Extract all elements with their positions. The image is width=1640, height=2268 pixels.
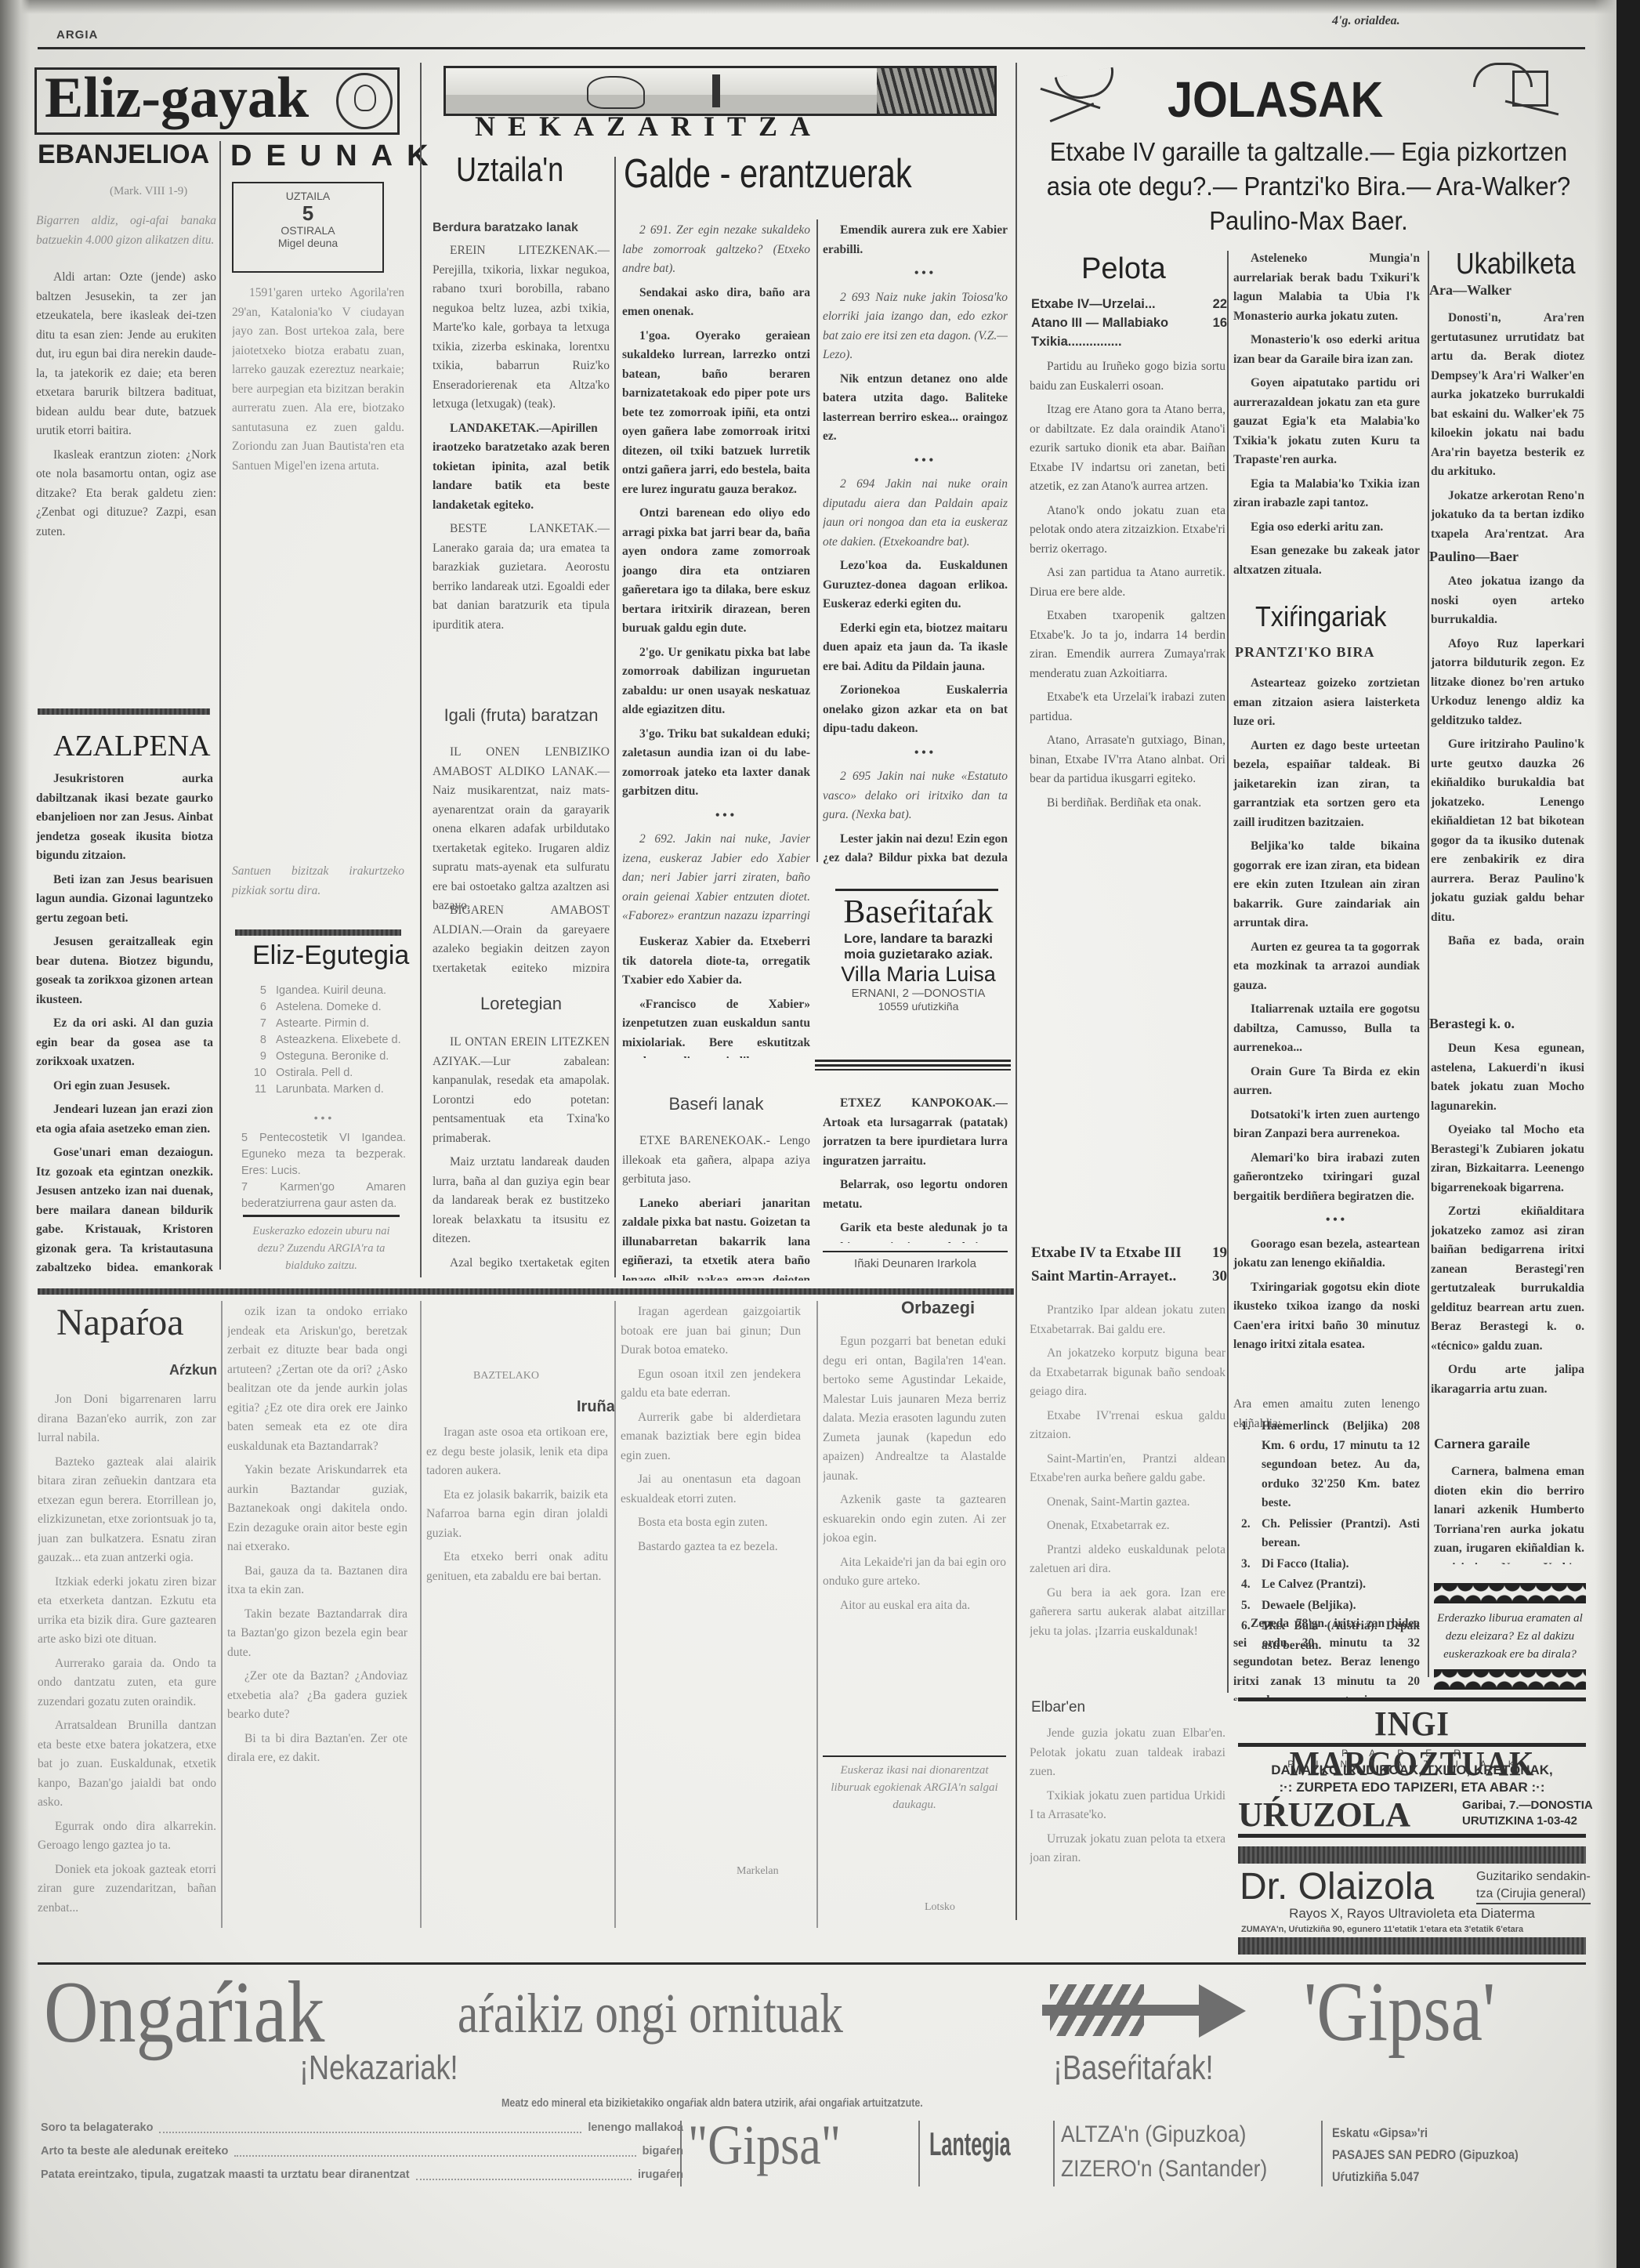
olaizola-name: Dr. Olaizola <box>1240 1865 1434 1908</box>
qa-column-1b: Euskeraz Xabier da. Etxeberri tik datore… <box>622 933 810 1058</box>
boxing-paragraph: Oyeiako tal Mocho eta Berastegi'k Zubiar… <box>1431 1121 1584 1197</box>
azalpena-text: Jesukristoren aurka dabiltzanak ikasi be… <box>36 770 213 1271</box>
ingi-line: DAMAZKO IRUDIKOAK, TXINO, KRETONAK, <box>1238 1762 1586 1779</box>
result-text: Ch. Pelissier (Prantzi). Asti berean. <box>1262 1515 1420 1553</box>
naparoa-paragraph: Bosta eta bosta egin zuten. <box>621 1513 801 1533</box>
naparoa-paragraph: Itzkiak ederki jokatu ziren bizar eta et… <box>38 1573 216 1650</box>
cycling-paragraph: Orain Gure Ta Birda ez ekin aurren. <box>1233 1063 1420 1101</box>
factory-location: ALTZA'n (Gipuzkoa) <box>1061 2118 1267 2152</box>
fertilizer-uses: Soro ta belagaterakolenengo mallakoaArto… <box>41 2116 683 2186</box>
column-divider <box>420 63 422 1277</box>
score-value: 30 <box>1212 1265 1227 1288</box>
pelota-scores: Etxabe IV—Urzelai...22Atano III — Mallab… <box>1031 295 1227 351</box>
pelota-paragraph: Gu bera ia aek gora. Izan ere gañerera s… <box>1030 1584 1225 1642</box>
section-divider <box>235 929 401 936</box>
divider-rule <box>815 1064 1011 1067</box>
masthead-rule <box>38 47 1585 49</box>
cycling-paragraph: Astearteaz goizeko zortzietan eman zitza… <box>1233 674 1420 732</box>
use-grade: lenengo mallakoa <box>588 2116 683 2139</box>
score-value: 22 <box>1213 295 1227 313</box>
ingi-products: DAMAZKO IRUDIKOAK, TXINO, KRETONAK, :·: … <box>1238 1762 1586 1796</box>
calendar-day-number: 8 <box>244 1032 266 1049</box>
azalpena-paragraph: Ori egin zuan Jesusek. <box>36 1077 213 1096</box>
fertilizer-use-row: Arto ta beste ale aledunak ereitekobigaŕ… <box>41 2139 683 2163</box>
saint-name: Migel deuna <box>234 237 382 249</box>
ad-business-name: Villa Maria Luisa <box>832 962 1005 987</box>
orbazegi-paragraph: Azkenik gaste ta gaztearen eskuarekin on… <box>823 1491 1006 1549</box>
qa-answer: 1'goa. Oyerako geraiean sukaldeko lurrea… <box>622 327 810 500</box>
qa-answer: Lester jakin nai dezu! Ezin egon ¿ez dal… <box>823 830 1008 872</box>
elbarren-text: Jende guzia jokatu zuan Elbar'en. Pelota… <box>1030 1724 1225 1920</box>
scan-shadow-right <box>1595 0 1616 2268</box>
eliz-gayak-banner: Eliz-gayak <box>34 67 400 135</box>
naparoa-paragraph: Egun osoan itxil zen jendekera galdu eta… <box>621 1365 801 1404</box>
azalpena-paragraph: Gose'unari eman dezaiogun. Itz gozoak et… <box>36 1143 213 1271</box>
deunak-heading: DEUNAK <box>230 139 443 173</box>
pelota-paragraph: Onenak, Saint-Martin gaztea. <box>1030 1493 1225 1513</box>
qa-answer: «Francisco de Xabier» izenpetutzen zuan … <box>622 995 810 1059</box>
calendar-day: 11Larunbata. Marken d. <box>244 1081 417 1098</box>
ad-rule <box>1238 1743 1586 1747</box>
ad-line: moia guzietarako aziak. <box>832 947 1005 962</box>
olaizola-specialty: Guzitariko sendakin- tza (Cirujia genera… <box>1476 1868 1591 1904</box>
qa-answer: Euskeraz Xabier da. Etxeberri tik datore… <box>622 933 810 991</box>
naparoa-paragraph: Bazteko gazteak alai alairik bitara zira… <box>38 1453 216 1568</box>
ad-rule <box>835 889 998 891</box>
orbazegi-paragraph: Aita Lekaide'ri jan da bai egin oro ondu… <box>823 1553 1006 1592</box>
section-divider <box>38 1288 1014 1295</box>
bigaren-paragraph: BIGAREN AMABOST ALDIAN.—Orain da gareyae… <box>433 901 610 972</box>
order-line: Uŕutizkiña 5.047 <box>1332 2166 1519 2188</box>
scan-edge-left <box>0 0 30 2268</box>
ad-divider <box>680 2121 682 2186</box>
calendar-day: 9Osteguna. Beronike d. <box>244 1049 417 1065</box>
qa-question: 2 695 Jakin nai nuke «Estatuto vasco» de… <box>823 767 1008 825</box>
gospel-reference: (Mark. VIII 1-9) <box>110 185 187 198</box>
ad-line: Lore, landare ta barazki <box>832 931 1005 947</box>
calendar-day-text: Astelena. Domeke d. <box>276 1001 382 1013</box>
orbazegi-text: Egun pozgarri bat benetan eduki degu eri… <box>823 1332 1006 1740</box>
calendar-day-text: Igandea. Kuiril deuna. <box>276 984 386 997</box>
qa-answer: Sendakai asko dira, baño ara emen onenak… <box>622 284 810 322</box>
azalpena-heading: AZALPENA <box>53 729 211 763</box>
loretegian-text: IL ONTAN EREIN LITEZKEN AZIYAK.—Lur zaba… <box>433 1033 610 1276</box>
naparoa-paragraph: Yakin bezate Ariskundarrek eta aurkin Ba… <box>227 1461 407 1557</box>
result-rank: 4. <box>1241 1575 1262 1595</box>
pelota-paragraph: Saint-Martin'en, Prantzi aldean Etxabe'r… <box>1030 1450 1225 1488</box>
ara-walker-heading: Ara—Walker <box>1429 282 1511 299</box>
naparoa-paragraph: Jon Doni bigarrenaren larru dirana Bazan… <box>38 1390 216 1448</box>
calendar-separator: • • • <box>244 1111 401 1124</box>
use-label: Arto ta beste ale aledunak ereiteko <box>41 2139 228 2163</box>
calendar-day-text: Osteguna. Beronike d. <box>276 1050 389 1063</box>
church-calendar: 5Igandea. Kuiril deuna.6Astelena. Domeke… <box>244 983 417 1098</box>
cycling-paragraph: Beljika'ko talde bikaina gogorrak ere iz… <box>1233 837 1420 933</box>
wavy-border-icon <box>1434 1669 1586 1690</box>
results-closing-text: Zepeda 78'gn. iritxi zan bidea sei ordu … <box>1233 1614 1420 1701</box>
pelota-paragraph: Onenak, Etxabetarrak ez. <box>1030 1516 1225 1536</box>
pelota-paragraph: Asi zan partidua ta Atano aurretik. Diru… <box>1030 563 1225 602</box>
divider-rule <box>815 1069 1011 1071</box>
qa-answer: Ederki egin eta, biotzez maitaru duen ap… <box>823 619 1008 677</box>
naparoa-col1: Jon Doni bigarrenaren larru dirana Bazan… <box>38 1390 216 1931</box>
cycling-paragraph: Alemari'ko bira irabazi zuten gañerontze… <box>1233 1149 1420 1207</box>
calendar-day-number: 5 <box>244 983 266 999</box>
printer-credit: Iñaki Deunaren Irarkola <box>823 1257 1008 1270</box>
boxing-paragraph: Deun Kesa egunean, astelena, Lakuerdi'n … <box>1431 1039 1584 1116</box>
carnera-text: Carnera, balmena eman dioten ekin dio be… <box>1434 1462 1584 1564</box>
result-row: 5.Dewaele (Beljika). <box>1241 1596 1420 1616</box>
boxing-paragraph: Baña ez bada, orain ikusteko ta Paulino'… <box>1431 932 1584 948</box>
bigaren-text: BIGAREN AMABOST ALDIAN.—Orain da gareyae… <box>433 901 610 972</box>
column-divider <box>1227 251 1229 1693</box>
saint-paragraph: 1591'garen urteko Agorila'ren 29'an, Kat… <box>232 284 404 476</box>
jolasak-subtitle: Etxabe IV garaille ta galtzalle.— Egia p… <box>1044 135 1574 238</box>
qa-answer: 2'go. Ur genikatu pixka bat labe zomorro… <box>622 643 810 720</box>
boxing-paragraph: Ateo jokatua izango da noski oyen arteko… <box>1431 572 1584 630</box>
gospel-paragraph: Aldi artan: Ozte (jende) asko baltzen Je… <box>36 268 216 441</box>
cycling-paragraph: Txiringariak gogotsu ekin diote ikusteko… <box>1233 1278 1420 1355</box>
naparoa-paragraph: Bi ta bi dira Baztan'en. Zer ote dirala … <box>227 1730 407 1768</box>
order-line: Eskatu «Gipsa»'ri <box>1332 2122 1519 2144</box>
ad-divider <box>918 2121 920 2186</box>
calendar-day-number: 6 <box>244 999 266 1016</box>
score-teams: Etxabe IV ta Etxabe III <box>1031 1241 1182 1265</box>
qa-column-2: Emendik aurera zuk ere Xabier erabilli. … <box>823 221 1008 871</box>
saint-biography: 1591'garen urteko Agorila'ren 29'an, Kat… <box>232 284 404 848</box>
score-value: 19 <box>1212 1241 1227 1265</box>
ongariak-headline: Ongaŕiak <box>44 1962 324 2063</box>
loretegian-paragraph: Azal begiko txertaketak egiten jarraitu … <box>433 1254 610 1277</box>
calendar-day-number: 11 <box>244 1081 266 1098</box>
gipsa-tagline: Meatz edo mineral eta bizikietakiko onga… <box>501 2097 923 2110</box>
ad-rule <box>823 1755 1006 1757</box>
baseri-paragraph: Laneko aberiari janaritan zaldale pixka … <box>622 1194 810 1281</box>
pelota-paragraph: Asteleneko Mungia'n aurrelariak berak ba… <box>1233 249 1420 326</box>
divider-rule <box>815 1060 1011 1062</box>
berastegi-text: Deun Kesa egunean, astelena, Lakuerdi'n … <box>1431 1039 1584 1408</box>
result-text: Le Calvez (Prantzi). <box>1262 1575 1366 1595</box>
column-divider <box>420 1301 422 1928</box>
calendar-day-text: Ostirala. Pell d. <box>276 1067 353 1079</box>
iruna-paragraph: Iragan aste osoa eta ortikoan ere, ez de… <box>426 1423 608 1481</box>
ad-divider <box>1053 2121 1055 2186</box>
igali-heading: Igali (fruta) baratzan <box>433 705 610 726</box>
results-closing: Zepeda 78'gn. iritxi zan bidea sei ordu … <box>1233 1614 1420 1701</box>
loretegian-heading: Loretegian <box>433 994 610 1014</box>
use-label: Soro ta belagaterako <box>41 2116 153 2139</box>
score-row: Atano III — Mallabiako Txikia...........… <box>1031 313 1227 351</box>
pelota-paragraph: Bi berdiñak. Berdiñak eta onak. <box>1030 794 1225 813</box>
lantegia-label: Lantegia <box>929 2125 1011 2163</box>
gipsa-brand-2: "Gipsa" <box>688 2113 841 2178</box>
trees-icon <box>877 68 994 114</box>
qa-answer: Zorionekoa Euskalerria onelako gizon azk… <box>823 681 1008 739</box>
baseri-paragraph: ETXEZ KANPOKOAK.—Artoak eta lursagarrak … <box>823 1094 1008 1171</box>
ad-rule <box>243 1215 400 1217</box>
specialty-line: tza (Cirujia general) <box>1476 1886 1591 1903</box>
uztailan-heading: Uztaila'n <box>456 150 563 190</box>
pelota-player-right-icon <box>1473 55 1567 125</box>
boxing-paragraph: Afoyo Ruz laperkari jatorra bilduturik z… <box>1431 635 1584 731</box>
naparoa-paragraph: Takin bezate Baztandarrak dira ta Baztan… <box>227 1605 407 1663</box>
pelota-continued-text: Asteleneko Mungia'n aurrelariak berak ba… <box>1233 249 1420 594</box>
qa-separator: • • • <box>622 806 810 826</box>
calendar-day-text: Asteazkena. Elixebete d. <box>276 1034 401 1046</box>
elbarren-heading: Elbar'en <box>1031 1699 1085 1716</box>
paulino-baer-text: Ateo jokatua izango da noski oyen arteko… <box>1431 572 1584 948</box>
ukabilketa-heading: Ukabilketa <box>1456 248 1576 281</box>
araikiz-headline: aŕaikiz ongi ornituak <box>458 1981 843 2046</box>
naparoa-paragraph: Iragan agerdean gaizgoiartik botoak ere … <box>621 1302 801 1360</box>
igali-text: IL ONEN LENBIZIKO AMABOST ALDIKO LANAK.—… <box>433 743 610 923</box>
naparoa-paragraph: ¿Zer ote da Baztan? ¿Andoviaz etxebetia … <box>227 1667 407 1725</box>
pelota-paragraph: Esan genezake bu zakeak jator altxatzen … <box>1233 542 1420 580</box>
argia-promo: Euskerazko edozein uburu nai dezu? Zuzen… <box>243 1223 400 1274</box>
olaizola-services: Rayos X, Rayos Ultravioleta eta Diaterma <box>1238 1906 1586 1922</box>
qa-question: 2 693 Naiz nuke jakin Toiosa'ko elorriki… <box>823 288 1008 365</box>
olaizola-address: ZUMAYA'n, Uŕutizkiña 90, egunero 11'etat… <box>1241 1925 1586 1934</box>
pelota-heading: Pelota <box>1081 252 1166 286</box>
result-rank: 3. <box>1241 1555 1262 1574</box>
uruzola-contact: Garibai, 7.—DONOSTIA URUTIZKINA 1-03-42 <box>1462 1798 1593 1829</box>
farming-illustration-banner <box>443 66 997 116</box>
ad-divider <box>1321 2121 1323 2186</box>
column-divider <box>614 1301 616 1928</box>
pelota-text-2: Prantziko Ipar aldean jokatu zuten Etxab… <box>1030 1301 1225 1693</box>
fertilizer-use-row: Soro ta belagaterakolenengo mallakoa <box>41 2116 683 2139</box>
calendar-note: 7 Karmen'go Amaren bederatziurrena gaur … <box>241 1179 406 1212</box>
column-divider <box>219 141 221 1270</box>
iruna-paragraph: Eta ez jolasik bakarrik, baizik eta Nafa… <box>426 1486 608 1544</box>
qa-answer: Emendik aurera zuk ere Xabier erabilli. <box>823 221 1008 259</box>
ad-band <box>1238 1846 1586 1864</box>
section-title: Eliz-gayak <box>45 65 309 132</box>
prayer-book-promo: Erderazko liburua eramaten al dezu eleiz… <box>1434 1610 1586 1664</box>
result-row: 2.Ch. Pelissier (Prantzi). Asti berean. <box>1241 1515 1420 1553</box>
calendar-day-text: Astearte. Pirmin d. <box>276 1017 369 1030</box>
boxing-paragraph: Donosti'n, Ara'ren gertutasunez urrutida… <box>1431 309 1584 482</box>
igali-paragraph: IL ONEN LENBIZIKO AMABOST ALDIKO LANAK.—… <box>433 743 610 916</box>
pelota-paragraph: Atano, Arrasate'n gutxiago, Binan, binan… <box>1030 731 1225 789</box>
score-teams: Atano III — Mallabiako Txikia...........… <box>1031 313 1213 351</box>
txiringariak-text: Astearteaz goizeko zortzietan eman zitza… <box>1233 674 1420 1395</box>
pelota-player-left-icon <box>1033 66 1127 129</box>
ad-band <box>1238 1937 1586 1955</box>
leader-dots <box>159 2116 581 2133</box>
masthead-left: ARGIA <box>56 28 98 42</box>
result-text: Di Facco (Italia). <box>1262 1555 1349 1574</box>
cycling-paragraph: Italiarrenak uztaila ere gogotsu dabiltz… <box>1233 1000 1420 1058</box>
score-value: 16 <box>1213 313 1227 351</box>
pelota-paragraph: Itzag ere Atano gora ta Atano berra, or … <box>1030 400 1225 497</box>
column-divider <box>1015 63 1017 1920</box>
txiringariak-heading: Txiŕingariak <box>1255 600 1386 633</box>
gipsa-brand: 'Gipsa' <box>1304 1964 1495 2061</box>
orbazegi-heading: Orbazegi <box>901 1298 975 1318</box>
factory-location: ZIZERO'n (Santander) <box>1061 2152 1267 2186</box>
pelota-text: Partidu au Iruñeko gogo bizia sortu baid… <box>1030 357 1225 1141</box>
calendar-day: 7Astearte. Pirmin d. <box>244 1016 417 1032</box>
pelota-paragraph: Prantzi aldeko euskaldunak pelota zaletu… <box>1030 1541 1225 1579</box>
naparoa-paragraph: Doniek eta jokoak gazteak etorri ziran g… <box>38 1860 216 1918</box>
column-divider <box>816 1301 818 1928</box>
landaketak-paragraph: LANDAKETAK.—Apirillen iraotzeko baratzet… <box>433 419 610 516</box>
naparoa-paragraph: Jai au onentasun eta dagoan eskualdeak e… <box>621 1470 801 1509</box>
ad-rule <box>1238 1697 1586 1701</box>
ad-rule <box>1238 1834 1586 1838</box>
score-row: Etxabe IV—Urzelai...22 <box>1031 295 1227 313</box>
score-row: Etxabe IV ta Etxabe III19 <box>1031 1241 1227 1265</box>
result-row: 1.Haemerlinck (Beljika) 208 Km. 6 ordu, … <box>1241 1417 1420 1513</box>
elbarren-paragraph: Urruzak jokatu zuan pelota ta etxera joa… <box>1030 1830 1225 1868</box>
qa-separator: • • • <box>823 264 1008 284</box>
order-line: PASAJES SAN PEDRO (Gipuzkoa) <box>1332 2144 1519 2166</box>
calendar-note: 5 Pentecostetik VI Igandea. Eguneko meza… <box>241 1130 406 1179</box>
calendar-day: 6Astelena. Domeke d. <box>244 999 417 1016</box>
azalpena-paragraph: Jesusen geraitzalleak egin bear dutena. … <box>36 933 213 1009</box>
baseritarak-callout: ¡Baseŕitaŕak! <box>1053 2049 1214 2088</box>
qa-separator: • • • <box>823 744 1008 763</box>
wavy-border-icon <box>1434 1583 1586 1603</box>
pelota-paragraph: Partidu au Iruñeko gogo bizia sortu baid… <box>1030 357 1225 396</box>
qa-column-1: 2 691. Zer egin nezake sukaldeko labe zo… <box>622 221 810 926</box>
qa-answer: Ontzi barenean edo oliyo edo arragi pixk… <box>622 504 810 639</box>
qa-question: 2 692. Jakin nai nuke, Javier izena, eus… <box>622 830 810 926</box>
result-text: Haemerlinck (Beljika) 208 Km. 6 ordu, 17… <box>1262 1417 1420 1513</box>
calendar-day: 8Asteazkena. Elixebete d. <box>244 1032 417 1049</box>
calendar-day-text: Larunbata. Marken d. <box>276 1083 384 1096</box>
saint-note: Santuen bizitzak irakurtzeko pizkiak sor… <box>232 862 404 900</box>
nekazaritza-title: NEKAZARITZA <box>475 110 823 143</box>
baseri-paragraph: Garik eta beste aledunak jo ta garbitzen… <box>823 1219 1008 1243</box>
naparoa-paragraph: Arratsaldean Brunilla dantzan eta beste … <box>38 1716 216 1813</box>
result-rank: 1. <box>1241 1417 1262 1513</box>
result-text: Dewaele (Beljika). <box>1262 1596 1356 1616</box>
column-divider <box>1428 251 1429 1677</box>
page-number: 4'g. orialdea. <box>1332 14 1400 28</box>
gospel-summary: Bigarren aldiz, ogi-afai banaka batzueki… <box>36 212 216 250</box>
arrow-icon <box>1042 1981 1262 2044</box>
cycling-paragraph: Aurten ez geurea ta ta gogorrak eta mozk… <box>1233 938 1420 996</box>
azalpena-paragraph: Beti izan zan Jesus bearisuen lagun aund… <box>36 871 213 929</box>
berastegi-heading: Berastegi k. o. <box>1429 1016 1515 1032</box>
pelota-paragraph: Goyen aipatutako partidu ori aurrerazald… <box>1233 374 1420 470</box>
saint-of-day-box: UZTAILA 5 OSTIRALA Migel deuna <box>232 182 384 273</box>
fertilizer-use-row: Patata ereintzako, tipula, zugatzak maas… <box>41 2163 683 2186</box>
argia-books-promo: Euskeraz ikasi nai dionarentzat liburuak… <box>823 1762 1006 1813</box>
jolasak-title: JOLASAK <box>1168 71 1383 129</box>
score-teams: Saint Martin-Arrayet.. <box>1031 1265 1176 1288</box>
qa-answer: 3'go. Triku bat sukaldean eduki; zaletas… <box>622 725 810 802</box>
naparoa-paragraph: Aurrerik gabe bi alderdietara emanak baz… <box>621 1408 801 1466</box>
nekazariak-callout: ¡Nekazariak! <box>299 2049 458 2088</box>
boxing-paragraph: Carnera, balmena eman dioten ekin dio be… <box>1434 1462 1584 1564</box>
baseri-lanak-col2: ETXEZ KANPOKOAK.—Artoak eta lursagarrak … <box>823 1094 1008 1243</box>
calendar-day: 5Igandea. Kuiril deuna. <box>244 983 417 999</box>
pelota-paragraph: Prantziko Ipar aldean jokatu zuten Etxab… <box>1030 1301 1225 1339</box>
ara-walker-text: Donosti'n, Ara'ren gertutasunez urrutida… <box>1431 309 1584 544</box>
boxing-paragraph: Jokatze arkerotan Reno'n jokatuko da ta … <box>1431 487 1584 545</box>
ebanjelioa-heading: EBANJELIOA <box>38 139 209 170</box>
uruzola-brand: UŔUZOLA <box>1238 1795 1410 1835</box>
naparoa-paragraph: ozik izan ta ondoko erriako jendeak eta … <box>227 1302 407 1456</box>
naparoa-credit: Lotsko <box>925 1901 955 1914</box>
qa-answer: Nik entzun detanez ono alde batera utzit… <box>823 370 1008 447</box>
farmer-icon <box>712 74 720 107</box>
uruzola-address: Garibai, 7.—DONOSTIA <box>1462 1798 1593 1813</box>
ad-title: Baseŕitaŕak <box>832 893 1005 931</box>
calendar-notes: 5 Pentecostetik VI Igandea. Eguneko meza… <box>241 1130 406 1212</box>
calendar-day-number: 10 <box>244 1065 266 1081</box>
loretegian-paragraph: Maiz urztatu landareak dauden lurra, bañ… <box>433 1153 610 1249</box>
pelota-paragraph: Egia ta Malabia'ko Txikia izan ziran ira… <box>1233 475 1420 513</box>
azalpena-paragraph: Jesukristoren aurka dabiltzanak ikasi be… <box>36 770 213 866</box>
carnera-heading: Carnera garaile <box>1434 1436 1530 1452</box>
boxing-paragraph: Zortzi ekiñalditara jokatzeko zamoz asi … <box>1431 1202 1584 1356</box>
pelota-paragraph: Monasterio'k oso ederki aritua izan bear… <box>1233 331 1420 369</box>
boxing-paragraph: Ordu arte jalipa ikaragarria artu zuan. <box>1431 1360 1584 1399</box>
eliz-egutegia-heading: Eliz-Egutegia <box>252 940 409 971</box>
credit-rule <box>823 1251 1008 1252</box>
use-label: Patata ereintzako, tipula, zugatzak maas… <box>41 2163 410 2186</box>
elbarren-paragraph: Txikiak jokatu zuen partidua Urkidi I ta… <box>1030 1787 1225 1825</box>
qa-question: 2 691. Zer egin nezake sukaldeko labe zo… <box>622 221 810 279</box>
cycling-paragraph: Goorago esan bezela, asteartean jokatu z… <box>1233 1235 1420 1273</box>
factory-locations: ALTZA'n (Gipuzkoa) ZIZERO'n (Santander) <box>1061 2118 1267 2186</box>
ad-address: ERNANI, 2 —DONOSTIA <box>832 987 1005 1000</box>
newspaper-page: ARGIA 4'g. orialdea. Eliz-gayak EBANJELI… <box>0 0 1640 2268</box>
arizkun-dateline: Aŕzkun <box>169 1362 217 1379</box>
cycling-paragraph: Dotsatoki'k irten zuen aurtengo biran Za… <box>1233 1106 1420 1144</box>
gospel-paragraph: Ikasleak erantzun zioten: ¿Nork ote nola… <box>36 446 216 542</box>
iruna-paragraph: Eta etxeko berri onak aditu genituen, et… <box>426 1548 608 1586</box>
uztailan-text: EREIN LITEZKENAK.—Perejilla, txikoria, l… <box>433 241 610 649</box>
berdura-subheading: Berdura baratzako lanak <box>433 221 578 235</box>
naparoa-heading: Napaŕoa <box>56 1301 184 1344</box>
ingi-line: :·: ZURPETA EDO TAPIZERI, ETA ABAR :·: <box>1238 1779 1586 1796</box>
scan-edge-top <box>0 0 1640 14</box>
uztailan-paragraph: EREIN LITEZKENAK.—Perejilla, txikoria, l… <box>433 241 610 415</box>
result-row: 4.Le Calvez (Prantzi). <box>1241 1575 1420 1595</box>
column-divider <box>816 219 818 862</box>
orbazegi-paragraph: Aitor au euskal era aita da. <box>823 1596 1006 1616</box>
month-label: UZTAILA <box>234 190 382 202</box>
use-grade: irugaŕen <box>638 2163 683 2186</box>
azalpena-paragraph: Jendeari luzean jan erazi zion eta ogia … <box>36 1100 213 1139</box>
naparoa-paragraph: Bastardo gaztea ta ez bezela. <box>621 1538 801 1557</box>
pelota-paragraph: An jokatzeko korputz biguna bear da Etxa… <box>1030 1344 1225 1402</box>
loretegian-paragraph: IL ONTAN EREIN LITEZKEN AZIYAK.—Lur zaba… <box>433 1033 610 1148</box>
baseri-lanak-heading: Baseŕi lanak <box>622 1094 810 1114</box>
score-row: Saint Martin-Arrayet..30 <box>1031 1265 1227 1288</box>
weekday-label: OSTIRALA <box>234 224 382 237</box>
score-teams: Etxabe IV—Urzelai... <box>1031 295 1156 313</box>
pelota-paragraph: Etxabe'k eta Urzelai'k irabazi zuten par… <box>1030 688 1225 726</box>
pelota-paragraph: Etxabe IV'rrenai eskua galdu zitzaion. <box>1030 1407 1225 1445</box>
orbazegi-paragraph: Egun pozgarri bat benetan eduki degu eri… <box>823 1332 1006 1486</box>
gospel-text: Aldi artan: Ozte (jende) asko baltzen Je… <box>36 268 216 691</box>
naparoa-paragraph: Aurrerako garaia da. Ondo ta ondo dantza… <box>38 1654 216 1712</box>
baseri-paragraph: Belarrak, oso legortu ondoren metatu. <box>823 1176 1008 1214</box>
pelota-scores-2: Etxabe IV ta Etxabe III19Saint Martin-Ar… <box>1031 1241 1227 1288</box>
iruna-heading: Iruña <box>577 1398 615 1416</box>
qa-question: 2 694 Jakin nai nuke orain diputadu aier… <box>823 475 1008 552</box>
leader-dots <box>416 2163 632 2180</box>
column-divider <box>221 1301 223 1928</box>
iruna-text: Iragan aste osoa eta ortikoan ere, ez de… <box>426 1423 608 1933</box>
leader-dots <box>234 2139 635 2157</box>
